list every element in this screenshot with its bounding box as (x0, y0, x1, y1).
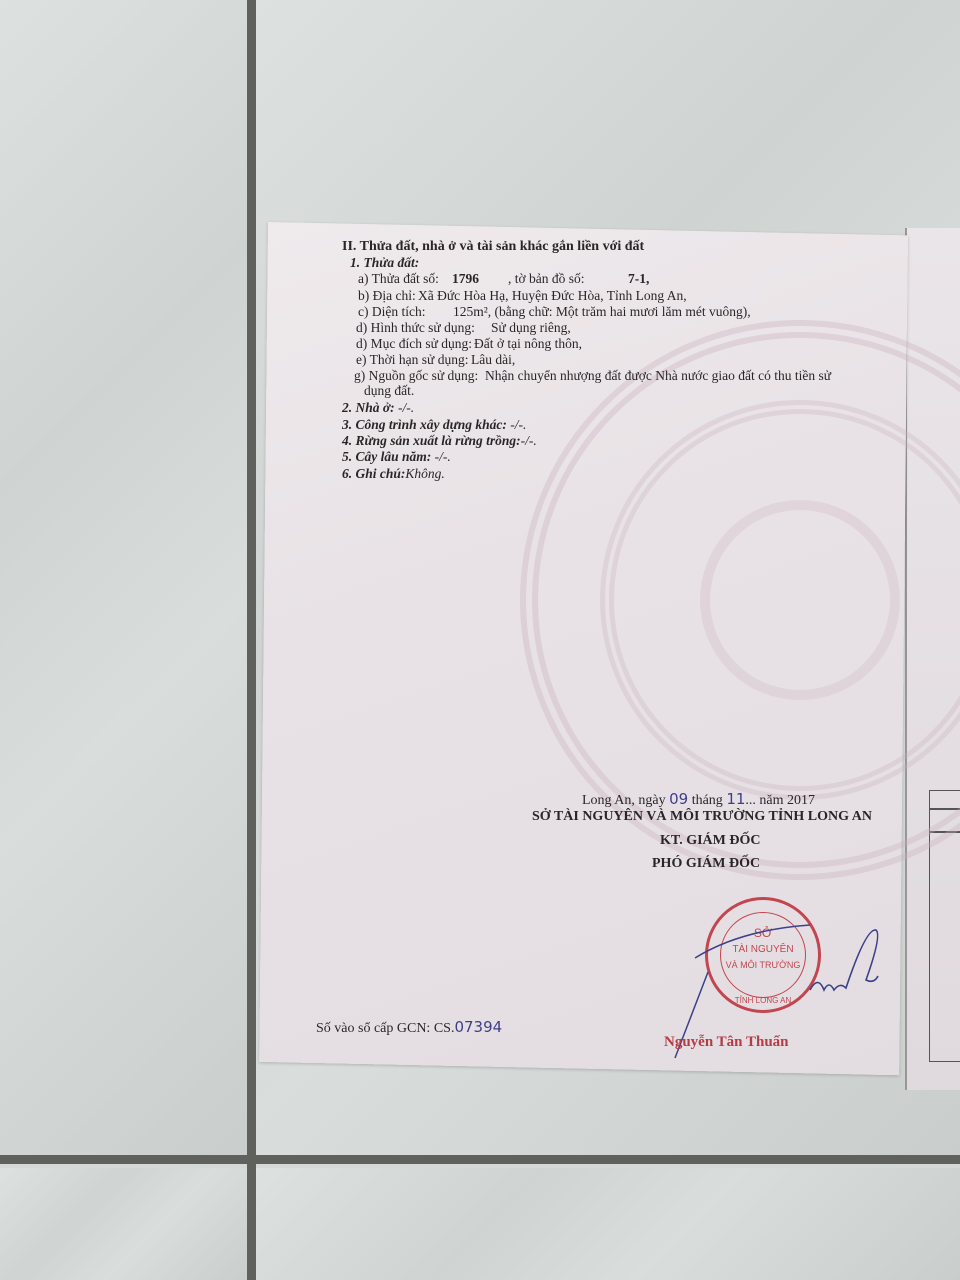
place-date-prefix: Long An, ngày (582, 793, 666, 808)
signer-title-2: PHÓ GIÁM ĐỐC (652, 857, 760, 871)
floor-tile (256, 1168, 960, 1280)
term-value: Lâu dài, (471, 353, 515, 367)
item-notes: 6. Ghi chú:Không. (342, 467, 445, 481)
item-label: 6. Ghi chú: (342, 466, 405, 481)
item-value: Không. (405, 466, 444, 481)
tile-grout-vertical (247, 0, 256, 1280)
signer-title-1: KT. GIÁM ĐỐC (660, 834, 760, 848)
place-date: Long An, ngày 09 tháng 11... năm 2017 (582, 792, 815, 808)
registry-label: Số vào sổ cấp GCN: (316, 1021, 430, 1036)
item-other-constructions: 3. Công trình xây dựng khác: -/-. (342, 418, 526, 432)
section-title: II. Thửa đất, nhà ở và tài sản khác gắn … (342, 240, 644, 254)
origin-value: Nhận chuyển nhượng đất được Nhà nước gia… (485, 369, 831, 383)
parcel-label: a) Thửa đất số: (358, 272, 439, 286)
month-label: tháng (692, 793, 723, 808)
land-heading: 1. Thửa đất: (350, 256, 419, 270)
map-sheet-number: 7-1, (628, 272, 649, 286)
origin-label: g) Nguồn gốc sử dụng: (354, 369, 478, 383)
watermark-drum-pattern (700, 500, 900, 700)
area-value: 125m², (bằng chữ: Một trăm hai mươi lăm … (453, 305, 751, 319)
item-label: 5. Cây lâu năm: (342, 449, 431, 464)
item-label: 3. Công trình xây dựng khác: (342, 417, 507, 432)
item-value: -/-. (435, 449, 451, 464)
item-label: 2. Nhà ở: (342, 400, 395, 415)
signer-name: Nguyễn Tân Thuấn (664, 1034, 789, 1051)
item-value: -/-. (398, 400, 414, 415)
purpose-label: d) Mục đích sử dụng: (356, 337, 472, 351)
floor-tile (0, 0, 248, 1160)
parcel-number: 1796 (452, 272, 479, 286)
registry-prefix: CS. (434, 1021, 455, 1036)
floor-tile (0, 1168, 248, 1280)
map-sheet-label: , tờ bản đồ số: (508, 272, 585, 286)
address-value: Xã Đức Hòa Hạ, Huyện Đức Hòa, Tỉnh Long … (418, 289, 687, 303)
usage-form-value: Sử dụng riêng, (491, 321, 571, 335)
item-value: -/-. (510, 417, 526, 432)
date-day: 09 (669, 790, 688, 808)
term-label: e) Thời hạn sử dụng: (356, 353, 468, 367)
area-label: c) Diện tích: (358, 305, 425, 319)
address-label: b) Địa chỉ: (358, 289, 416, 303)
date-month: 11 (726, 790, 745, 808)
item-house: 2. Nhà ở: -/-. (342, 401, 414, 415)
registry-line: Số vào sổ cấp GCN: CS.07394 (316, 1020, 502, 1036)
item-label: 4. Rừng sản xuất là rừng trồng: (342, 433, 521, 448)
tile-grout-horizontal (0, 1155, 960, 1164)
origin-value-cont: dụng đất. (364, 384, 414, 398)
item-value: -/-. (521, 433, 537, 448)
purpose-value: Đất ở tại nông thôn, (474, 337, 582, 351)
issuing-agency: SỞ TÀI NGUYÊN VÀ MÔI TRƯỜNG TỈNH LONG AN (532, 810, 872, 824)
item-perennial-trees: 5. Cây lâu năm: -/-. (342, 450, 451, 464)
usage-form-label: d) Hình thức sử dụng: (356, 321, 475, 335)
item-planted-forest: 4. Rừng sản xuất là rừng trồng:-/-. (342, 434, 537, 448)
year: năm 2017 (759, 793, 815, 808)
registry-number: 07394 (454, 1018, 502, 1036)
